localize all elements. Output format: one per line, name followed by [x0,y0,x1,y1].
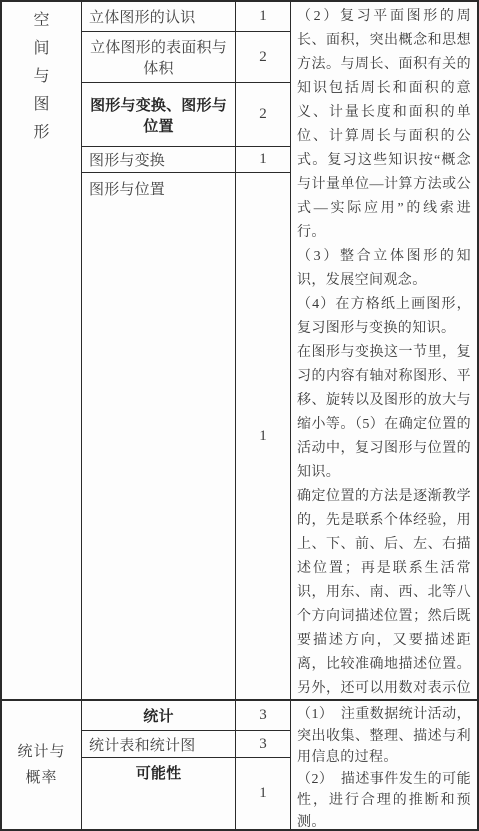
section-statistics-probability: 统计与 概率 统计 3 统计表和统计图 3 可能性 1 （1） 注重数据统计活动… [2,701,477,829]
hours-cell: 1 [236,758,291,829]
category-char: 空 [33,7,49,35]
section-space-and-shapes: 空 间 与 图 形 立体图形的认识 1 立体图形的表面积与体积 2 图形与变换、… [2,2,477,701]
category-cell-statistics-probability: 统计与 概率 [2,701,82,829]
category-char: 图 [33,91,49,119]
hours-cell: 1 [236,2,291,32]
topic-cell-statistics: 统计 [82,701,236,731]
category-char: 形 [33,119,49,147]
note-paragraph: （1） 注重数据统计活动，突出收集、整理、描述与利用信息的过程。 [297,704,471,769]
note-paragraph: 确定位置的方法是逐渐教学的，先是联系个体经验，用上、下、前、后、左、右描述位置；… [297,485,471,699]
hours-cell: 3 [236,701,291,731]
topic-cell-solid-figures-recognition: 立体图形的认识 [82,2,236,32]
category-line: 概率 [25,765,57,791]
topic-cell-possibility: 可能性 [82,758,236,829]
document-page: 空 间 与 图 形 立体图形的认识 1 立体图形的表面积与体积 2 图形与变换、… [0,0,479,831]
notes-cell-space-shapes: （2）复习平面图形的周长、面积，突出概念和思想方法。与周长、面积有关的知识包括周… [291,2,477,699]
hours-cell: 1 [236,173,291,699]
topic-cell-surface-area-volume: 立体图形的表面积与体积 [82,32,236,83]
topic-cell-statistical-tables-charts: 统计表和统计图 [82,731,236,758]
hours-cell: 3 [236,731,291,758]
hours-cell: 2 [236,83,291,147]
topic-cell-transform-and-position: 图形与变换、图形与位置 [82,83,236,147]
category-char: 与 [33,63,49,91]
note-paragraph: 在图形与变换这一节里，复习的内容有轴对称图形、平移、旋转以及图形的放大与缩小等。… [297,341,471,485]
topic-cell-shape-position: 图形与位置 [82,173,236,699]
category-char: 间 [33,35,49,63]
note-paragraph: （2） 描述事件发生的可能性，进行合理的推断和预测。 [297,769,471,830]
category-line: 统计与 [17,739,65,765]
note-paragraph: （2）复习平面图形的周长、面积，突出概念和思想方法。与周长、面积有关的知识包括周… [297,5,471,245]
hours-cell: 1 [236,147,291,173]
hours-cell: 2 [236,32,291,83]
notes-cell-statistics-probability: （1） 注重数据统计活动，突出收集、整理、描述与利用信息的过程。 （2） 描述事… [291,701,477,829]
topic-cell-shape-transform: 图形与变换 [82,147,236,173]
category-cell-space-shapes: 空 间 与 图 形 [2,2,82,699]
note-paragraph: （3）整合立体图形的知识，发展空间观念。 [297,245,471,293]
note-paragraph: （4）在方格纸上画图形，复习图形与变换的知识。 [297,293,471,341]
curriculum-table: 空 间 与 图 形 立体图形的认识 1 立体图形的表面积与体积 2 图形与变换、… [0,0,479,831]
